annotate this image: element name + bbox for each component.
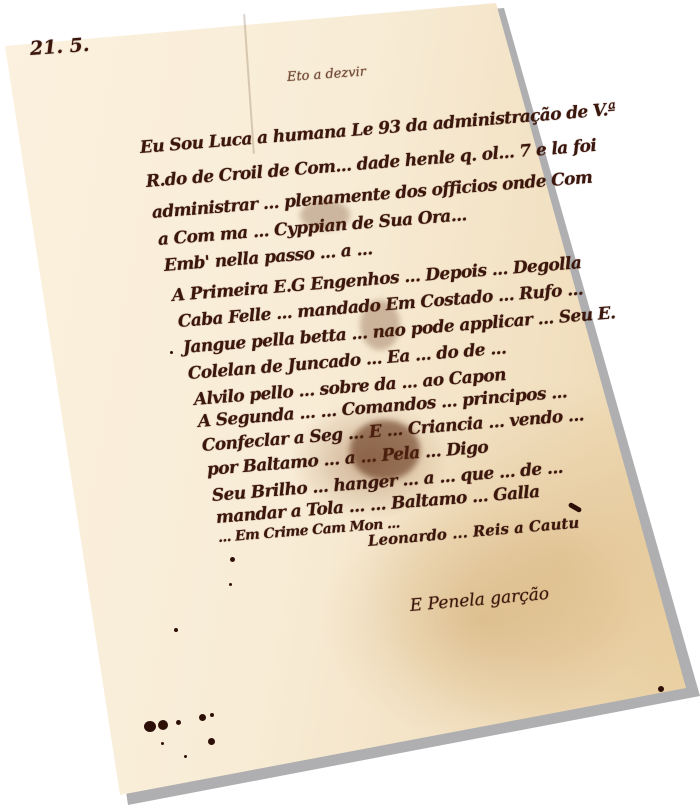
ink-stain — [360, 300, 400, 350]
ink-blot — [229, 583, 232, 586]
ink-blot — [161, 742, 164, 745]
ink-blot — [174, 628, 178, 632]
ink-blot — [230, 557, 235, 562]
ink-blot — [176, 720, 181, 725]
folio-number: 21. 5. — [29, 34, 90, 60]
ink-blot — [210, 713, 214, 717]
ink-stain — [300, 200, 350, 230]
ink-stain — [350, 420, 420, 480]
ink-blot — [199, 714, 206, 721]
ink-blot — [208, 738, 215, 745]
ink-blot — [184, 755, 187, 758]
ink-blot — [144, 721, 156, 732]
ink-blot — [170, 351, 173, 354]
ink-blot — [658, 686, 664, 692]
ink-blot — [158, 720, 168, 730]
